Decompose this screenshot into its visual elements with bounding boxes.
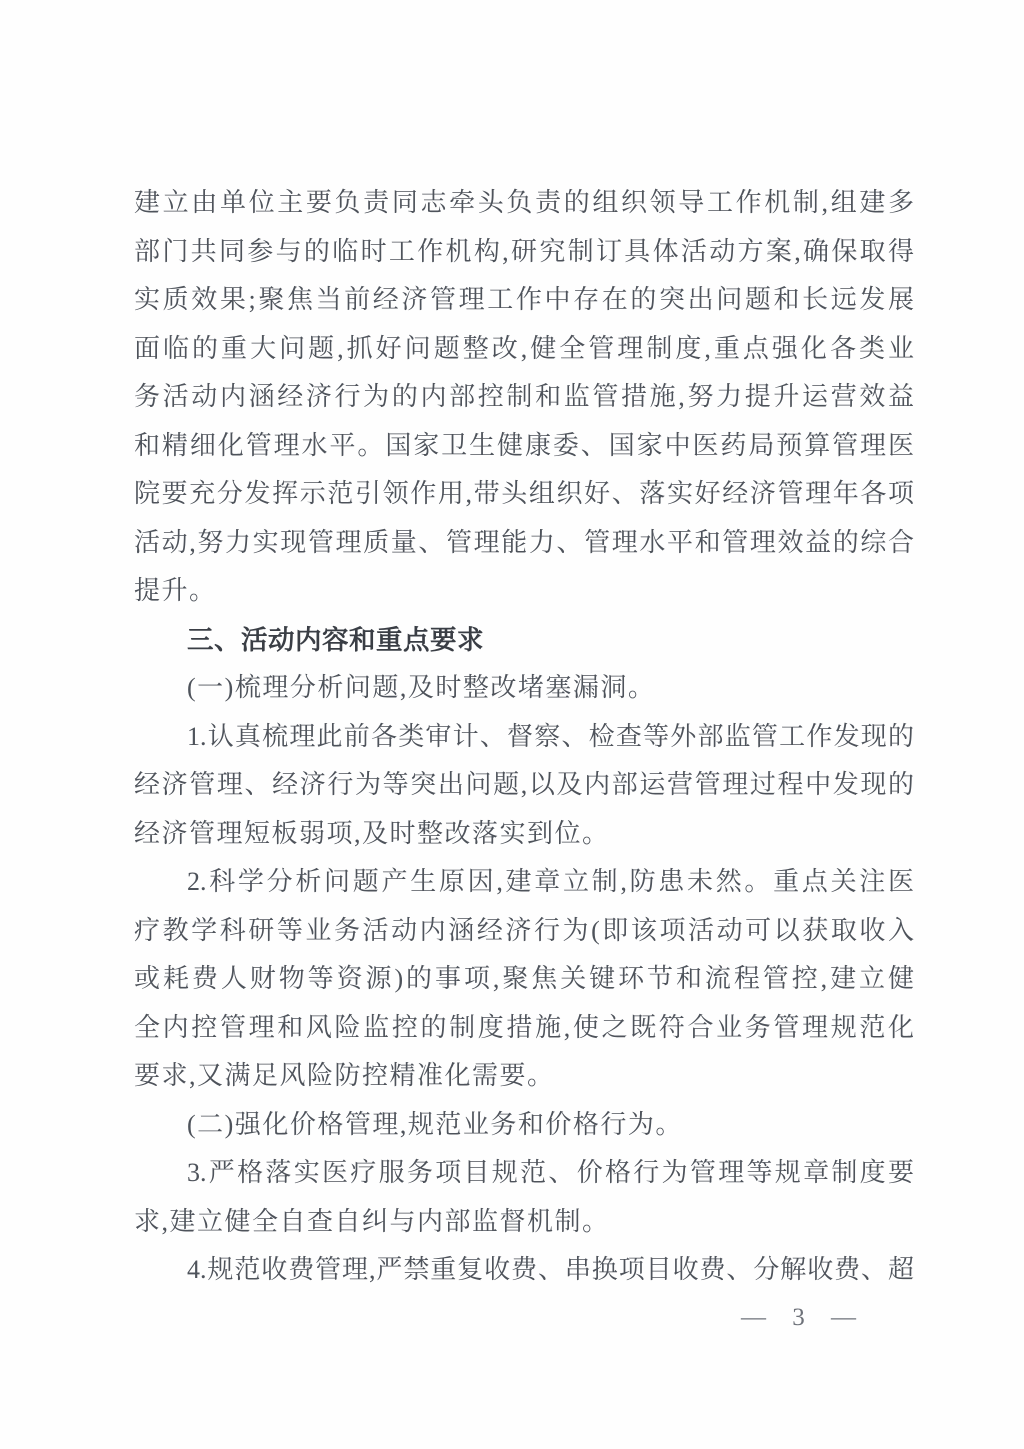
text-line: 要求,又满足风险防控精准化需要。 (134, 1052, 914, 1101)
text-line: 或耗费人财物等资源)的事项,聚焦关键环节和流程管控,建立健 (134, 955, 914, 1004)
text-line: (一)梳理分析问题,及时整改堵塞漏洞。 (134, 664, 914, 713)
text-line: 部门共同参与的临时工作机构,研究制订具体活动方案,确保取得 (134, 228, 914, 277)
text-line: 疗教学科研等业务活动内涵经济行为(即该项活动可以获取收入 (134, 907, 914, 956)
text-line: 活动,努力实现管理质量、管理能力、管理水平和管理效益的综合 (134, 519, 914, 568)
text-line: 经济管理、经济行为等突出问题,以及内部运营管理过程中发现的 (134, 761, 914, 810)
document-body: 建立由单位主要负责同志牵头负责的组织领导工作机制,组建多部门共同参与的临时工作机… (134, 179, 914, 1295)
page-number: — 3 — (741, 1297, 866, 1339)
text-line: (二)强化价格管理,规范业务和价格行为。 (134, 1101, 914, 1150)
text-line: 2.科学分析问题产生原因,建章立制,防患未然。重点关注医 (134, 858, 914, 907)
text-line: 面临的重大问题,抓好问题整改,健全管理制度,重点强化各类业 (134, 325, 914, 374)
text-line: 建立由单位主要负责同志牵头负责的组织领导工作机制,组建多 (134, 179, 914, 228)
text-line: 院要充分发挥示范引领作用,带头组织好、落实好经济管理年各项 (134, 470, 914, 519)
text-line: 全内控管理和风险监控的制度措施,使之既符合业务管理规范化 (134, 1004, 914, 1053)
text-line: 求,建立健全自查自纠与内部监督机制。 (134, 1198, 914, 1247)
text-line: 实质效果;聚焦当前经济管理工作中存在的突出问题和长远发展 (134, 276, 914, 325)
text-line: 提升。 (134, 567, 914, 616)
section-heading: 三、活动内容和重点要求 (134, 616, 914, 665)
text-line: 4.规范收费管理,严禁重复收费、串换项目收费、分解收费、超 (134, 1246, 914, 1295)
text-line: 3.严格落实医疗服务项目规范、价格行为管理等规章制度要 (134, 1149, 914, 1198)
scanned-document-page: 建立由单位主要负责同志牵头负责的组织领导工作机制,组建多部门共同参与的临时工作机… (0, 0, 1024, 1449)
text-line: 1.认真梳理此前各类审计、督察、检查等外部监管工作发现的 (134, 713, 914, 762)
text-line: 务活动内涵经济行为的内部控制和监管措施,努力提升运营效益 (134, 373, 914, 422)
text-line: 和精细化管理水平。国家卫生健康委、国家中医药局预算管理医 (134, 422, 914, 471)
text-line: 经济管理短板弱项,及时整改落实到位。 (134, 810, 914, 859)
